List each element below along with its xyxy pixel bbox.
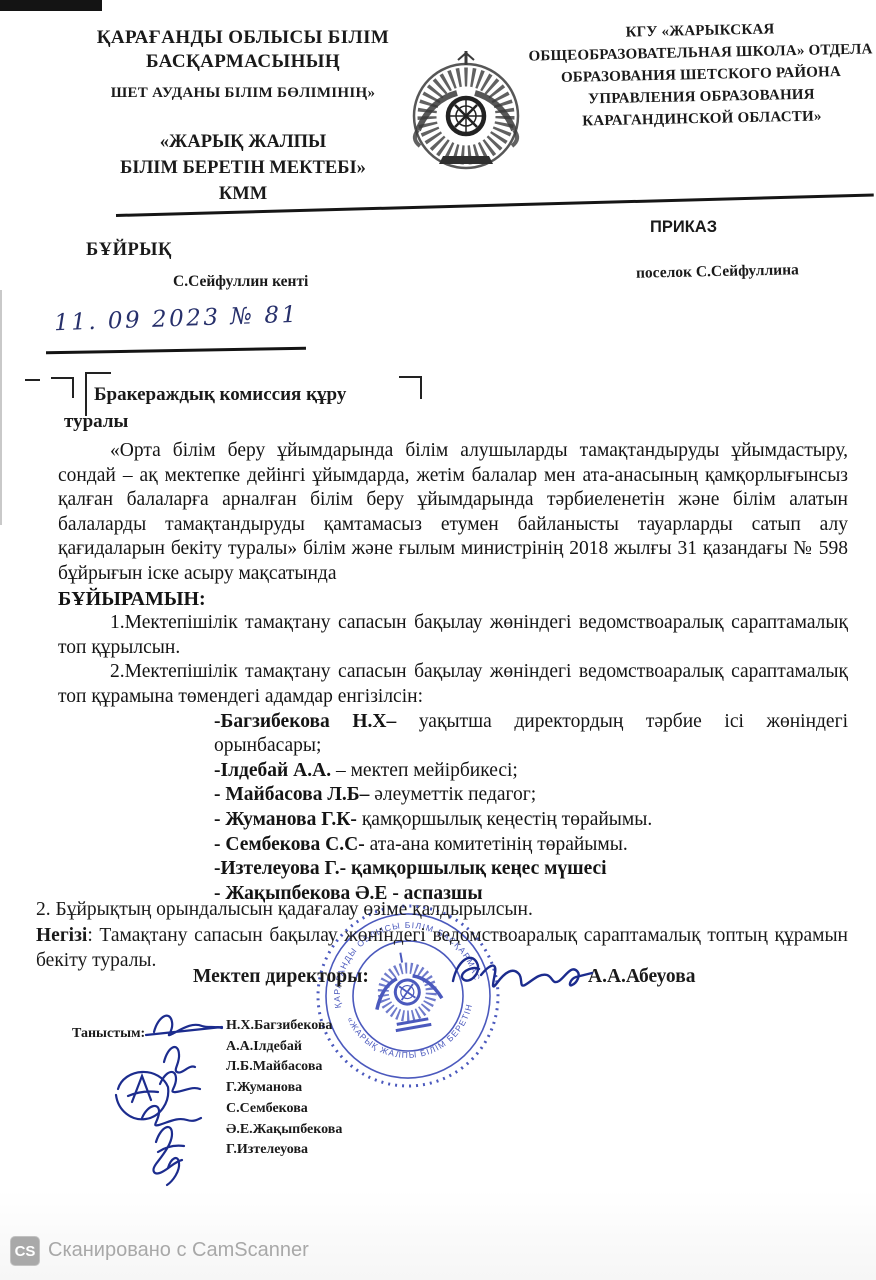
corner-mark-right-angle (51, 377, 74, 398)
org-name-kk-line2: БАСҚАРМАСЫНЫҢ (76, 50, 410, 74)
basis-paragraph: Негізі: Тамақтану сапасын бақылау жөнінд… (36, 923, 848, 974)
corner-mark-dash (25, 379, 40, 381)
order-subject: Бракераждық комиссия құру туралы (94, 381, 434, 435)
member-row: -Багзибекова Н.Х– уақытша директордың тә… (214, 710, 848, 759)
scan-artifact-top-strip (0, 0, 102, 11)
order-title-ru: ПРИКАЗ (650, 218, 717, 237)
place-russian: поселок С.Сейфуллина (636, 261, 799, 282)
order-title-kk: БҰЙРЫҚ (86, 240, 172, 261)
place-kazakh: С.Сейфуллин кенті (173, 273, 308, 291)
member-row: -Ілдебай А.А. – мектеп мейірбикесі; (214, 759, 848, 784)
resolve-heading: БҰЙЫРАМЫН: (58, 587, 848, 612)
subject-line1: Бракераждық комиссия құру (94, 381, 434, 408)
director-label: Мектеп директоры: (193, 966, 369, 988)
org-name-kk-line1: ҚАРАҒАНДЫ ОБЛЫСЫ БІЛІМ (76, 26, 410, 50)
emblem-banner (439, 156, 493, 164)
kazakhstan-emblem-icon (405, 48, 527, 178)
org-dept-kk: ШЕТ АУДАНЫ БІЛІМ БӨЛІМІНІҢ» (76, 81, 410, 105)
member-row: -Изтелеуова Г.- қамқоршылық кеңес мүшесі (214, 857, 848, 882)
footer-strip (0, 1190, 876, 1280)
header-right-russian: КГУ «ЖАРЫКСКАЯ ОБЩЕОБРАЗОВАТЕЛЬНАЯ ШКОЛА… (527, 16, 875, 133)
camscanner-logo-icon: CS (10, 1236, 40, 1266)
camscanner-footer-text: Сканировано с CamScanner (48, 1239, 309, 1262)
date-underline (46, 347, 306, 354)
preamble-paragraph: «Орта білім беру ұйымдарында білім алушы… (58, 439, 848, 587)
header-left-kazakh: ҚАРАҒАНДЫ ОБЛЫСЫ БІЛІМ БАСҚАРМАСЫНЫҢ ШЕТ… (76, 26, 410, 207)
scanned-order-document: { "header": { "left": { "line1": "ҚАРАҒА… (0, 0, 876, 1280)
director-signature (443, 933, 618, 1005)
member-row: - Жуманова Г.К- қамқоршылық кеңестің төр… (214, 808, 848, 833)
commission-members-list: -Багзибекова Н.Х– уақытша директордың тә… (58, 710, 848, 907)
handwritten-date-number: 11. 09 2023 № 81 (54, 302, 299, 337)
closing-paragraphs: 2. Бұйрықтың орындалысын қадағалау өзіме… (36, 897, 848, 974)
order-item-1: 1.Мектепішілік тамақтану сапасын бақылау… (58, 611, 848, 660)
scan-artifact-left-edge (0, 290, 2, 525)
order-item-2: 2.Мектепішілік тамақтану сапасын бақылау… (58, 660, 848, 709)
acknowledgement-signatures (98, 1000, 253, 1190)
order-body: «Орта білім беру ұйымдарында білім алушы… (58, 439, 848, 906)
member-row: - Сембекова С.С- ата-ана комитетінің төр… (214, 833, 848, 858)
subject-line2: туралы (64, 408, 434, 435)
member-row: - Майбасова Л.Б– әлеуметтік педагог; (214, 783, 848, 808)
school-name-kk: «ЖАРЫҚ ЖАЛПЫ БІЛІМ БЕРЕТІН МЕКТЕБІ» КММ (76, 129, 410, 207)
basis-label: Негізі (36, 925, 87, 946)
order-item-3: 2. Бұйрықтың орындалысын қадағалау өзіме… (36, 897, 848, 923)
